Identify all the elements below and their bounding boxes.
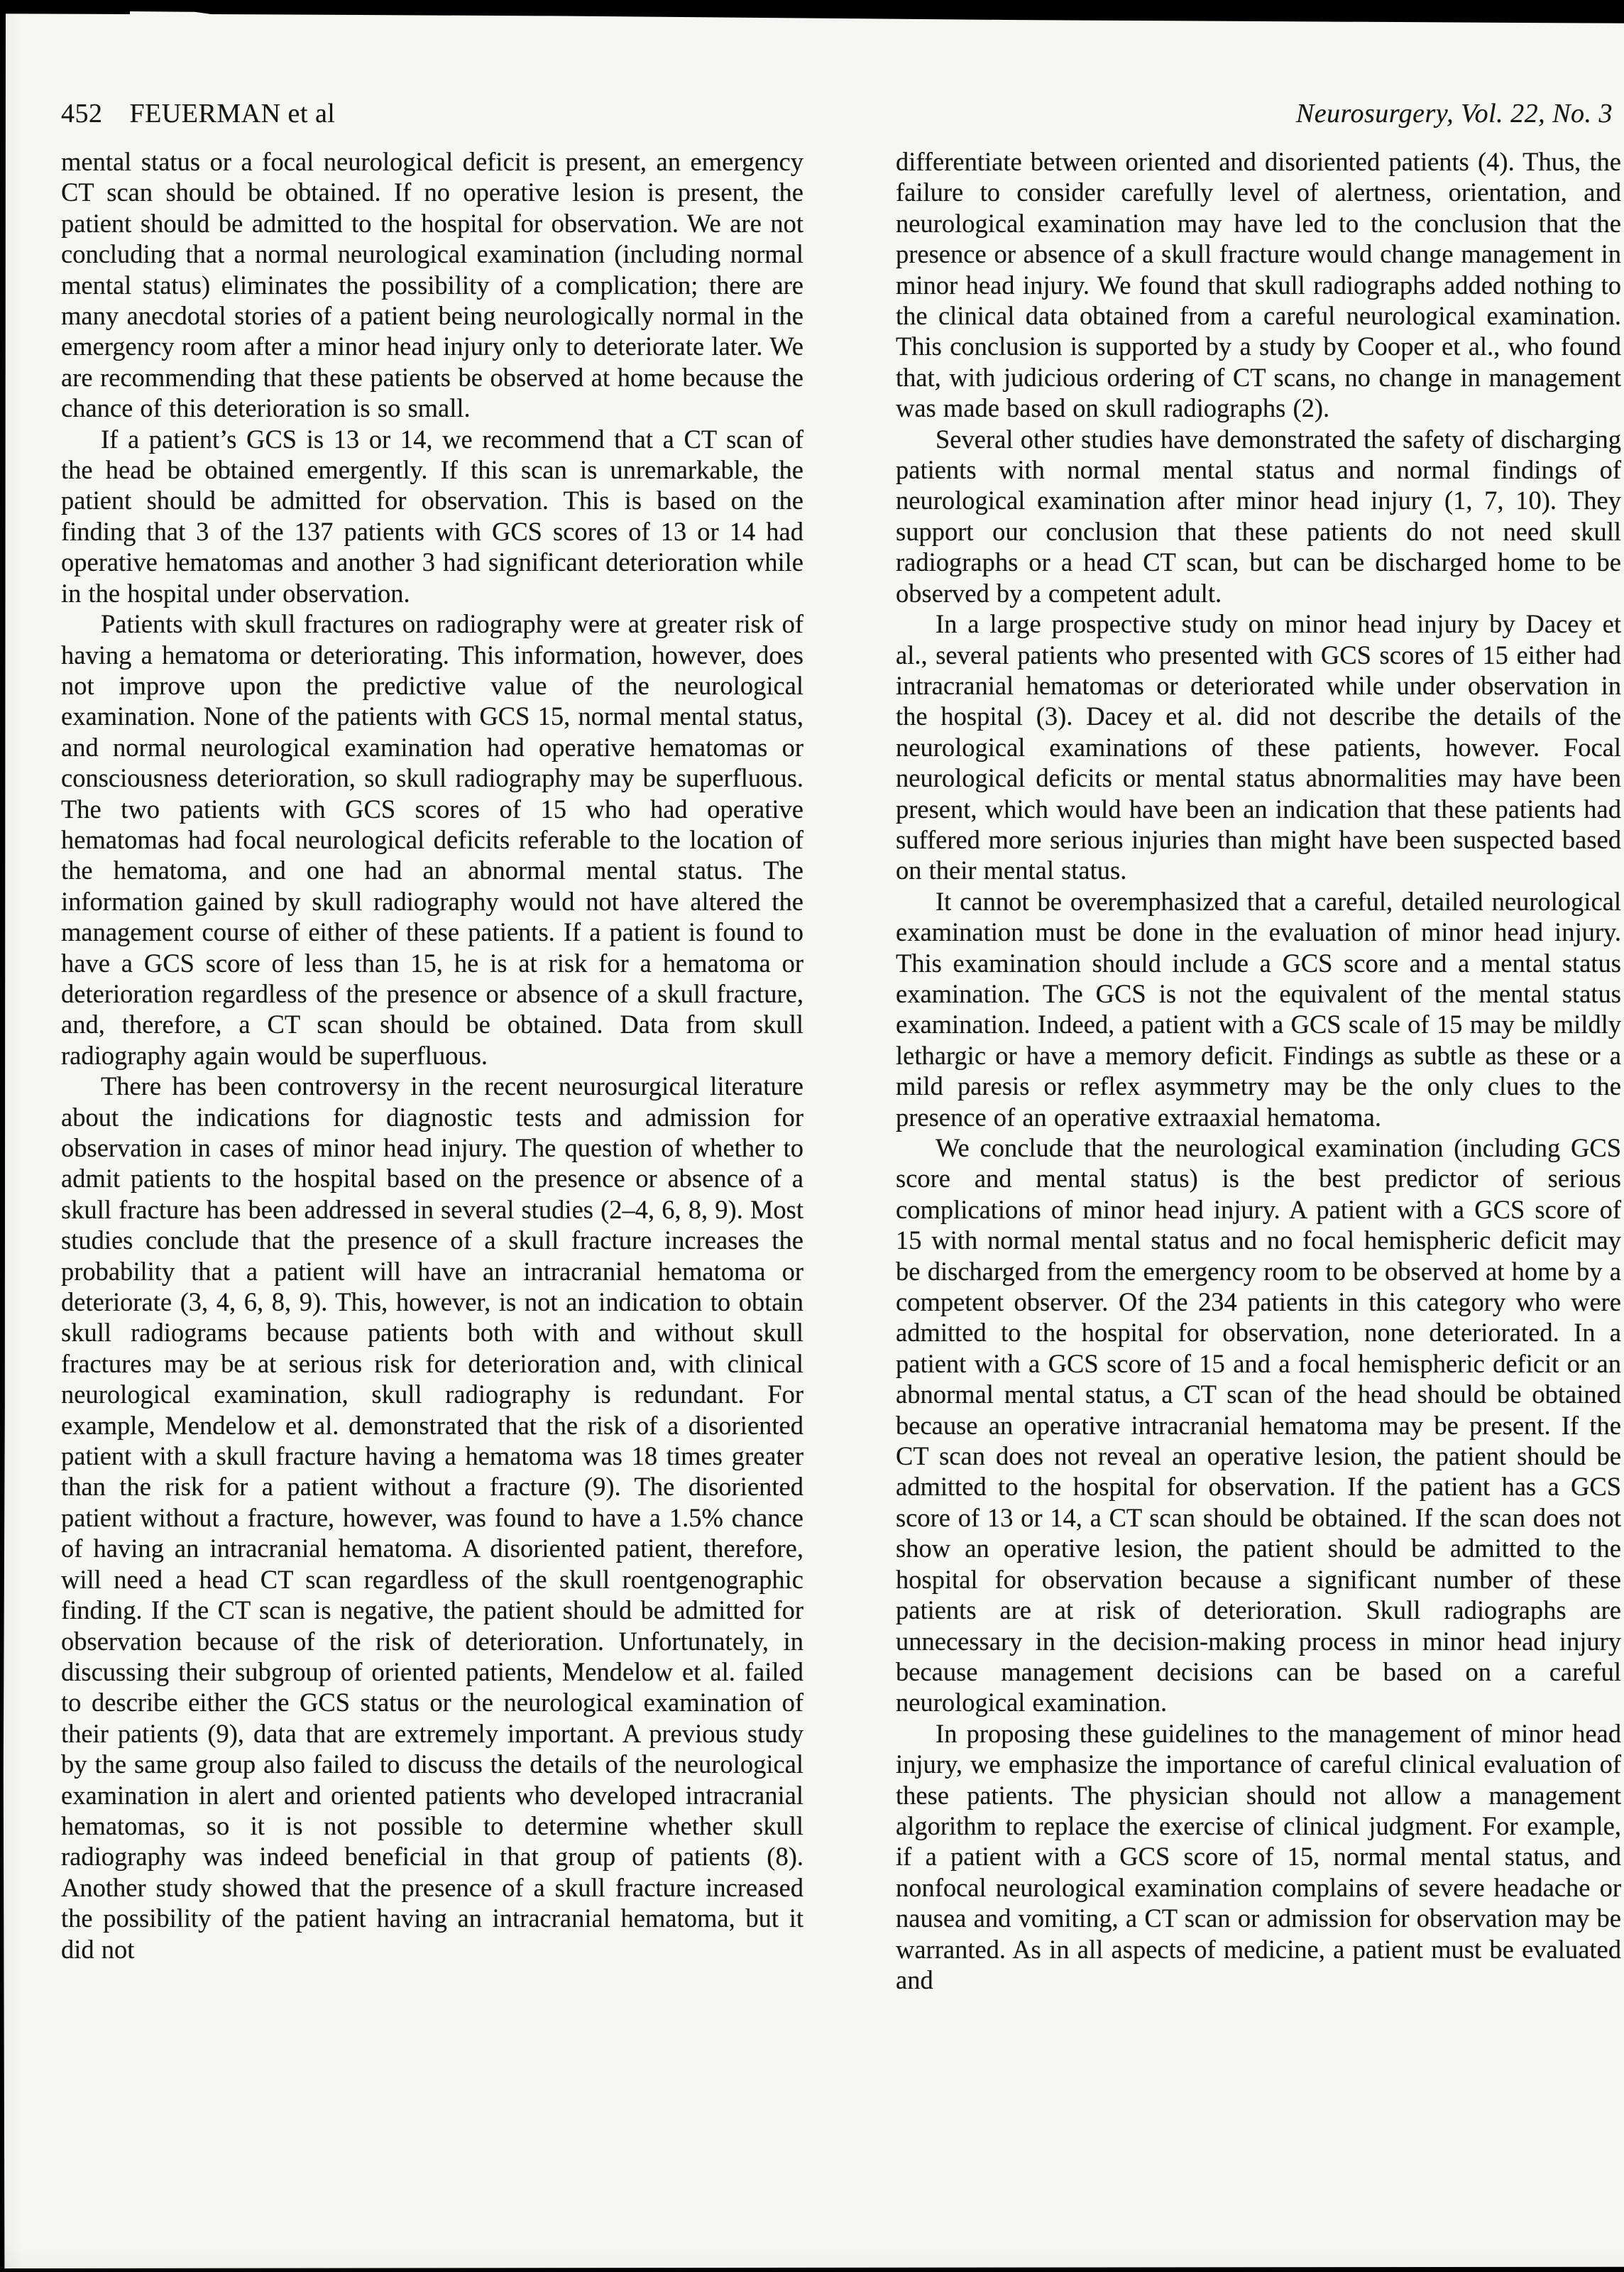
running-head-left: 452FEUERMAN et al: [61, 98, 335, 129]
scan-artifact-bottom-edge: [0, 2266, 1624, 2272]
page-number: 452: [61, 99, 103, 129]
body-paragraph: We conclude that the neurological examin…: [896, 1132, 1621, 1718]
body-paragraph: Several other studies have demonstrated …: [896, 424, 1621, 608]
running-head-right: Neurosurgery, Vol. 22, No. 3: [1296, 98, 1613, 129]
body-paragraph: There has been controversy in the recent…: [61, 1071, 803, 1965]
column-right: differentiate between oriented and disor…: [896, 146, 1621, 1995]
scan-artifact-left-edge: [0, 0, 6, 2272]
body-paragraph: It cannot be overemphasized that a caref…: [896, 886, 1621, 1132]
body-paragraph: mental status or a focal neurological de…: [61, 146, 803, 424]
body-paragraph: Patients with skull fractures on radiogr…: [61, 608, 803, 1071]
article-body: mental status or a focal neurological de…: [61, 146, 1621, 1995]
journal-citation: Neurosurgery, Vol. 22, No. 3: [1296, 99, 1613, 129]
body-paragraph: In proposing these guidelines to the man…: [896, 1718, 1621, 1996]
scan-artifact-top-edge: [0, 0, 1624, 28]
body-paragraph: In a large prospective study on minor he…: [896, 608, 1621, 886]
running-head: 452FEUERMAN et al Neurosurgery, Vol. 22,…: [61, 98, 1613, 129]
body-paragraph: differentiate between oriented and disor…: [896, 146, 1621, 424]
body-paragraph: If a patient’s GCS is 13 or 14, we recom…: [61, 424, 803, 608]
journal-page-scan: 452FEUERMAN et al Neurosurgery, Vol. 22,…: [0, 0, 1624, 2272]
column-left: mental status or a focal neurological de…: [61, 146, 803, 1995]
running-head-authors: FEUERMAN et al: [130, 99, 336, 129]
